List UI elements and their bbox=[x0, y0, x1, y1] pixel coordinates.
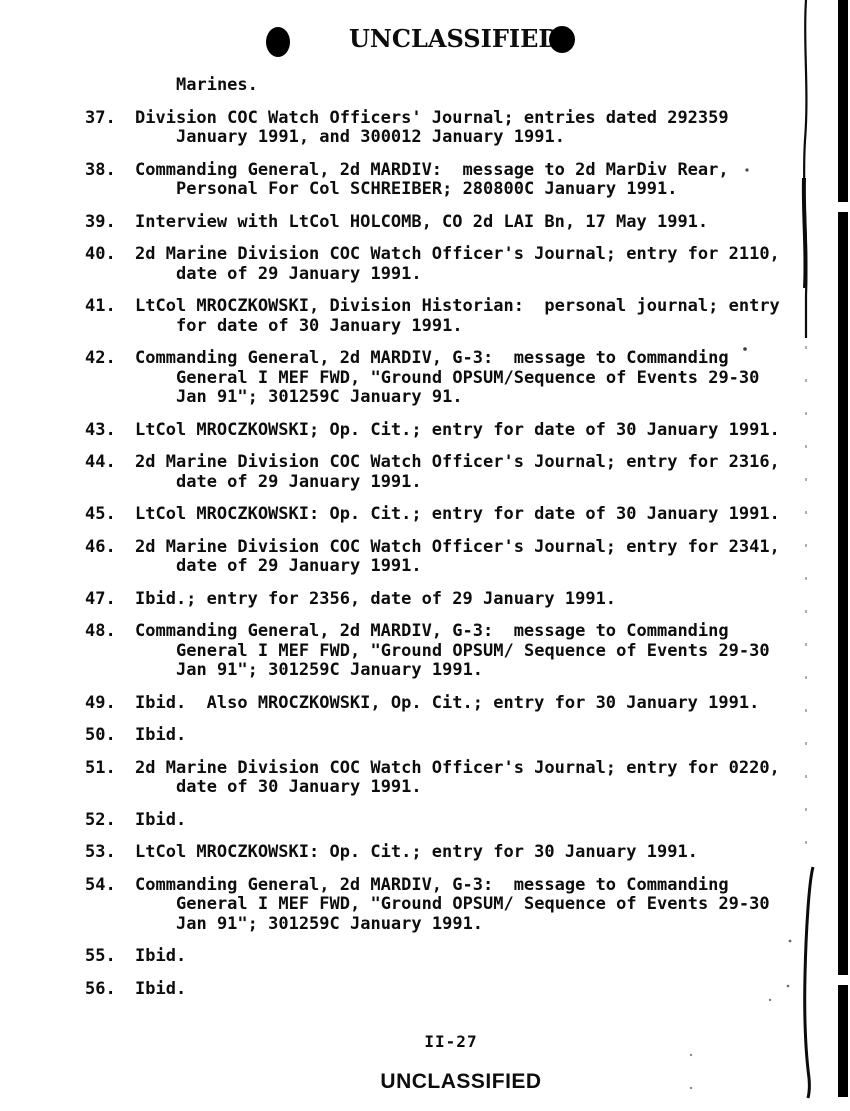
classification-banner-top: UNCLASSIFIED bbox=[349, 24, 559, 53]
note-line: LtCol MROCZKOWSKI; Op. Cit.; entry for d… bbox=[135, 421, 815, 441]
note-item: Marines. bbox=[85, 76, 815, 96]
note-text: Commanding General, 2d MARDIV, G-3: mess… bbox=[135, 876, 815, 935]
note-line: for date of 30 January 1991. bbox=[135, 317, 815, 337]
note-number: 43. bbox=[85, 421, 135, 441]
note-item: 51.2d Marine Division COC Watch Officer'… bbox=[85, 759, 815, 798]
note-text: 2d Marine Division COC Watch Officer's J… bbox=[135, 245, 815, 284]
note-text: Ibid.; entry for 2356, date of 29 Januar… bbox=[135, 590, 815, 610]
note-line: Marines. bbox=[135, 76, 815, 96]
note-text: 2d Marine Division COC Watch Officer's J… bbox=[135, 538, 815, 577]
note-item: 38.Commanding General, 2d MARDIV: messag… bbox=[85, 161, 815, 200]
note-number: 45. bbox=[85, 505, 135, 525]
note-text: Ibid. bbox=[135, 980, 815, 1000]
note-item: 47.Ibid.; entry for 2356, date of 29 Jan… bbox=[85, 590, 815, 610]
note-text: LtCol MROCZKOWSKI: Op. Cit.; entry for d… bbox=[135, 505, 815, 525]
note-text: Marines. bbox=[135, 76, 815, 96]
note-item: 37.Division COC Watch Officers' Journal;… bbox=[85, 109, 815, 148]
note-line: Ibid. bbox=[135, 980, 815, 1000]
note-line: Ibid. bbox=[135, 811, 815, 831]
note-text: Interview with LtCol HOLCOMB, CO 2d LAI … bbox=[135, 213, 815, 233]
note-item: 39.Interview with LtCol HOLCOMB, CO 2d L… bbox=[85, 213, 815, 233]
note-line: 2d Marine Division COC Watch Officer's J… bbox=[135, 538, 815, 558]
note-text: Commanding General, 2d MARDIV: message t… bbox=[135, 161, 815, 200]
note-line: 2d Marine Division COC Watch Officer's J… bbox=[135, 245, 815, 265]
note-item: 55.Ibid. bbox=[85, 947, 815, 967]
note-number: 37. bbox=[85, 109, 135, 148]
note-line: 2d Marine Division COC Watch Officer's J… bbox=[135, 759, 815, 779]
note-item: 54.Commanding General, 2d MARDIV, G-3: m… bbox=[85, 876, 815, 935]
note-line: Division COC Watch Officers' Journal; en… bbox=[135, 109, 815, 129]
note-item: 44.2d Marine Division COC Watch Officer'… bbox=[85, 453, 815, 492]
note-item: 53.LtCol MROCZKOWSKI: Op. Cit.; entry fo… bbox=[85, 843, 815, 863]
note-line: Jan 91"; 301259C January 91. bbox=[135, 388, 815, 408]
note-text: LtCol MROCZKOWSKI, Division Historian: p… bbox=[135, 297, 815, 336]
note-line: Ibid. bbox=[135, 947, 815, 967]
note-item: 50.Ibid. bbox=[85, 726, 815, 746]
note-item: 42.Commanding General, 2d MARDIV, G-3: m… bbox=[85, 349, 815, 408]
note-item: 41.LtCol MROCZKOWSKI, Division Historian… bbox=[85, 297, 815, 336]
note-line: 2d Marine Division COC Watch Officer's J… bbox=[135, 453, 815, 473]
note-number: 56. bbox=[85, 980, 135, 1000]
note-text: Ibid. Also MROCZKOWSKI, Op. Cit.; entry … bbox=[135, 694, 815, 714]
note-text: Division COC Watch Officers' Journal; en… bbox=[135, 109, 815, 148]
note-line: LtCol MROCZKOWSKI: Op. Cit.; entry for 3… bbox=[135, 843, 815, 863]
note-number: 53. bbox=[85, 843, 135, 863]
scan-speck bbox=[690, 1054, 692, 1056]
note-line: General I MEF FWD, "Ground OPSUM/ Sequen… bbox=[135, 895, 815, 915]
note-line: date of 29 January 1991. bbox=[135, 473, 815, 493]
document-page: UNCLASSIFIED Marines.37.Division COC Wat… bbox=[0, 0, 850, 1111]
note-item: 45.LtCol MROCZKOWSKI: Op. Cit.; entry fo… bbox=[85, 505, 815, 525]
note-item: 52.Ibid. bbox=[85, 811, 815, 831]
note-number: 52. bbox=[85, 811, 135, 831]
note-text: LtCol MROCZKOWSKI: Op. Cit.; entry for 3… bbox=[135, 843, 815, 863]
note-line: Personal For Col SCHREIBER; 280800C Janu… bbox=[135, 180, 815, 200]
note-number: 44. bbox=[85, 453, 135, 492]
note-item: 48.Commanding General, 2d MARDIV, G-3: m… bbox=[85, 622, 815, 681]
note-line: General I MEF FWD, "Ground OPSUM/ Sequen… bbox=[135, 642, 815, 662]
note-line: Commanding General, 2d MARDIV, G-3: mess… bbox=[135, 349, 815, 369]
note-text: Ibid. bbox=[135, 811, 815, 831]
note-line: date of 29 January 1991. bbox=[135, 265, 815, 285]
note-number: 38. bbox=[85, 161, 135, 200]
note-item: 43.LtCol MROCZKOWSKI; Op. Cit.; entry fo… bbox=[85, 421, 815, 441]
note-number: 42. bbox=[85, 349, 135, 408]
note-number: 50. bbox=[85, 726, 135, 746]
endnotes-list: Marines.37.Division COC Watch Officers' … bbox=[85, 76, 815, 1012]
note-line: LtCol MROCZKOWSKI, Division Historian: p… bbox=[135, 297, 815, 317]
note-line: Jan 91"; 301259C January 1991. bbox=[135, 661, 815, 681]
note-line: LtCol MROCZKOWSKI: Op. Cit.; entry for d… bbox=[135, 505, 815, 525]
note-line: date of 30 January 1991. bbox=[135, 778, 815, 798]
note-text: Ibid. bbox=[135, 726, 815, 746]
binding-bar bbox=[838, 0, 848, 1097]
note-line: Jan 91"; 301259C January 1991. bbox=[135, 915, 815, 935]
note-text: 2d Marine Division COC Watch Officer's J… bbox=[135, 759, 815, 798]
classification-banner-bottom: UNCLASSIFIED bbox=[0, 1070, 850, 1094]
note-line: Ibid. bbox=[135, 726, 815, 746]
note-number: 48. bbox=[85, 622, 135, 681]
note-text: Commanding General, 2d MARDIV, G-3: mess… bbox=[135, 349, 815, 408]
note-line: Ibid.; entry for 2356, date of 29 Januar… bbox=[135, 590, 815, 610]
note-text: 2d Marine Division COC Watch Officer's J… bbox=[135, 453, 815, 492]
note-number: 49. bbox=[85, 694, 135, 714]
note-line: Commanding General, 2d MARDIV, G-3: mess… bbox=[135, 622, 815, 642]
note-line: Commanding General, 2d MARDIV, G-3: mess… bbox=[135, 876, 815, 896]
note-line: date of 29 January 1991. bbox=[135, 557, 815, 577]
note-item: 46.2d Marine Division COC Watch Officer'… bbox=[85, 538, 815, 577]
note-line: Ibid. Also MROCZKOWSKI, Op. Cit.; entry … bbox=[135, 694, 815, 714]
note-number: 41. bbox=[85, 297, 135, 336]
note-text: LtCol MROCZKOWSKI; Op. Cit.; entry for d… bbox=[135, 421, 815, 441]
note-line: General I MEF FWD, "Ground OPSUM/Sequenc… bbox=[135, 369, 815, 389]
note-item: 56.Ibid. bbox=[85, 980, 815, 1000]
note-item: 40.2d Marine Division COC Watch Officer'… bbox=[85, 245, 815, 284]
note-number: 54. bbox=[85, 876, 135, 935]
note-number: 40. bbox=[85, 245, 135, 284]
note-line: January 1991, and 300012 January 1991. bbox=[135, 128, 815, 148]
note-number: 39. bbox=[85, 213, 135, 233]
note-item: 49.Ibid. Also MROCZKOWSKI, Op. Cit.; ent… bbox=[85, 694, 815, 714]
redaction-dot-left-icon bbox=[266, 27, 290, 57]
page-number: II-27 bbox=[0, 1032, 850, 1051]
note-number: 47. bbox=[85, 590, 135, 610]
note-line: Commanding General, 2d MARDIV: message t… bbox=[135, 161, 815, 181]
note-number: 51. bbox=[85, 759, 135, 798]
note-number bbox=[85, 76, 135, 96]
note-text: Ibid. bbox=[135, 947, 815, 967]
note-text: Commanding General, 2d MARDIV, G-3: mess… bbox=[135, 622, 815, 681]
redaction-dot-right-icon bbox=[549, 26, 575, 53]
note-number: 55. bbox=[85, 947, 135, 967]
note-number: 46. bbox=[85, 538, 135, 577]
note-line: Interview with LtCol HOLCOMB, CO 2d LAI … bbox=[135, 213, 815, 233]
